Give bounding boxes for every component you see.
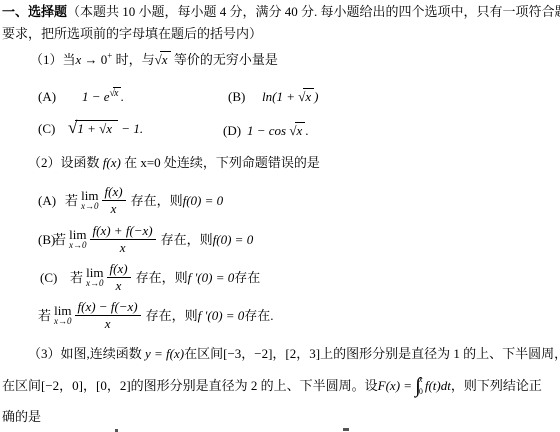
q2-option-b-label: (B) bbox=[38, 231, 53, 248]
q1-option-d-period: . bbox=[305, 123, 308, 138]
q2-option-b-fraction: f(x) + f(−x)x bbox=[90, 223, 156, 255]
q2-option-d-fraction: f(x) − f(−x)x bbox=[75, 299, 141, 331]
q1-stem-post: 等价的无穷小量是 bbox=[171, 52, 278, 67]
q1-option-a: (A)1 − e√x. bbox=[38, 88, 124, 105]
q1-option-a-exp-sqrt: √x bbox=[110, 88, 121, 99]
lim-subscript: x→0 bbox=[81, 202, 99, 211]
q1-option-b: (B)ln(1 + √x) bbox=[228, 88, 318, 105]
q1-option-d-pre: 1 − cos bbox=[247, 123, 289, 138]
fraction-denominator: x bbox=[107, 277, 131, 293]
lim-subscript: x→0 bbox=[69, 241, 87, 250]
fraction-numerator: f(x) bbox=[102, 184, 126, 200]
q2-option-c-conclusion: f ′(0) = 0 bbox=[188, 269, 235, 286]
q3-line1-math: y = f(x) bbox=[145, 346, 184, 361]
q2-option-a-if: 若 bbox=[65, 192, 78, 209]
q2-option-a: (A)若limx→0f(x)x存在，则 f(0) = 0 bbox=[38, 183, 223, 217]
question-3-line1: （3）如图,连续函数 y = f(x)在区间[−3，−2]，[2，3]上的图形分… bbox=[28, 345, 560, 362]
integral-limits: x0 bbox=[419, 374, 423, 397]
lim-word: lim bbox=[81, 190, 99, 202]
q1-option-b-radicand: x bbox=[303, 88, 314, 104]
cutoff-fragment bbox=[343, 428, 349, 431]
q1-option-d-label: (D) bbox=[223, 122, 247, 139]
q1-option-c-outer-sqrt: √1 + √x bbox=[68, 121, 118, 136]
question-2-stem: （2）设函数 f(x) 在 x=0 处连续，下列命题错误的是 bbox=[28, 154, 320, 171]
q2-stem-pre: （2）设函数 bbox=[28, 155, 103, 170]
section-header-line2: 要求，把所选项前的字母填在题后的括号内） bbox=[2, 25, 262, 42]
q2-option-b-mid: 存在，则 bbox=[161, 231, 213, 248]
q2-option-d: 若limx→0f(x) − f(−x)x存在，则 f ′(0) = 0 存在. bbox=[38, 298, 274, 332]
q2-stem-fx: f(x) bbox=[103, 155, 121, 170]
limit-operator: limx→0 bbox=[81, 190, 99, 211]
question-1-stem: （1）当x → 0+ 时，与√x 等价的无穷小量是 bbox=[30, 51, 278, 68]
q1-option-d-radicand: x bbox=[295, 122, 306, 138]
q3-line2-Fx: F(x) = bbox=[378, 377, 412, 394]
q2-option-a-conclusion: f(0) = 0 bbox=[183, 192, 224, 209]
question-3-line2: 在区间[−2，0]，[0，2]的图形分别是直径为 2 的上、下半圆周。设 F(x… bbox=[2, 371, 542, 399]
q1-option-c-inside-pre: 1 + bbox=[77, 121, 99, 136]
q1-option-d-sqrt: √x bbox=[289, 123, 305, 138]
q1-option-a-period: . bbox=[121, 89, 124, 104]
q2-option-c-if: 若 bbox=[70, 269, 83, 286]
q2-option-c-fraction: f(x)x bbox=[107, 261, 131, 293]
question-3-line3: 确的是 bbox=[2, 408, 41, 425]
lim-word: lim bbox=[86, 267, 104, 279]
q1-option-c-post: − 1. bbox=[118, 121, 143, 136]
integral-lower-limit: 0 bbox=[419, 388, 423, 396]
q1-option-b-sqrt: √x bbox=[298, 89, 314, 104]
q2-option-a-mid: 存在，则 bbox=[131, 192, 183, 209]
q2-option-d-tail: 存在. bbox=[244, 307, 273, 324]
q1-stem-sqrt: √x bbox=[155, 52, 171, 67]
section-header-line1: 一、选择题（本题共 10 小题，每小题 4 分，满分 40 分. 每小题给出的四… bbox=[2, 3, 560, 20]
q2-option-b-if: 若 bbox=[53, 231, 66, 248]
q2-stem-post: 在 x=0 处连续，下列命题错误的是 bbox=[121, 155, 320, 170]
q2-option-d-conclusion: f ′(0) = 0 bbox=[198, 307, 245, 324]
q1-option-a-label: (A) bbox=[38, 88, 82, 105]
exam-page: 一、选择题（本题共 10 小题，每小题 4 分，满分 40 分. 每小题给出的四… bbox=[0, 0, 560, 432]
lim-subscript: x→0 bbox=[86, 279, 104, 288]
q1-option-a-exponent: √x bbox=[110, 88, 121, 99]
fraction-numerator: f(x) − f(−x) bbox=[75, 299, 141, 315]
q1-stem-radicand: x bbox=[160, 51, 171, 67]
q2-option-b: (B)若limx→0f(x) + f(−x)x存在，则 f(0) = 0 bbox=[38, 222, 253, 256]
q1-option-a-base: 1 − e bbox=[82, 89, 110, 104]
fraction-denominator: x bbox=[90, 239, 156, 255]
q2-option-c-tail: 存在 bbox=[234, 269, 260, 286]
integral-expression: ∫x0 bbox=[415, 374, 423, 397]
q1-option-c-label: (C) bbox=[38, 120, 68, 137]
fraction-denominator: x bbox=[102, 200, 126, 216]
q1-stem-pre: （1）当 bbox=[30, 52, 76, 67]
limit-operator: limx→0 bbox=[54, 305, 72, 326]
q3-line1-pre: （3）如图,连续函数 bbox=[28, 346, 145, 361]
fraction-numerator: f(x) + f(−x) bbox=[90, 223, 156, 239]
q2-option-c-label: (C) bbox=[40, 269, 70, 286]
fraction-numerator: f(x) bbox=[107, 261, 131, 277]
q1-option-c-inner-radicand: x bbox=[104, 120, 115, 136]
q1-stem-arrow: → 0 bbox=[81, 52, 107, 67]
q1-option-b-post: ) bbox=[314, 89, 318, 104]
integral-upper-limit: x bbox=[419, 376, 423, 384]
q1-stem-mid: 时，与 bbox=[112, 52, 154, 67]
section-header-rest: （本题共 10 小题，每小题 4 分，满分 40 分. 每小题给出的四个选项中，… bbox=[67, 4, 560, 19]
limit-operator: limx→0 bbox=[69, 229, 87, 250]
q3-line2-pre: 在区间[−2，0]，[0，2]的图形分别是直径为 2 的上、下半圆周。设 bbox=[2, 377, 378, 394]
q2-option-d-mid: 存在，则 bbox=[146, 307, 198, 324]
section-title: 一、选择题 bbox=[2, 4, 67, 19]
q2-option-a-fraction: f(x)x bbox=[102, 184, 126, 216]
q2-option-c-mid: 存在，则 bbox=[136, 269, 188, 286]
q1-option-a-exp-radicand: x bbox=[113, 87, 120, 99]
q1-option-b-label: (B) bbox=[228, 88, 262, 105]
q2-option-d-if: 若 bbox=[38, 307, 51, 324]
lim-word: lim bbox=[69, 229, 87, 241]
q1-option-d: (D)1 − cos √x. bbox=[223, 122, 309, 139]
q2-option-c: (C)若limx→0f(x)x存在，则 f ′(0) = 0 存在 bbox=[40, 260, 260, 294]
q1-option-c-inner-sqrt: √x bbox=[99, 121, 115, 136]
limit-operator: limx→0 bbox=[86, 267, 104, 288]
q3-line2-integrand: f(t)dt bbox=[425, 377, 451, 394]
q3-line1-post: 在区间[−3，−2]，[2，3]上的图形分别是直径为 1 的上、下半圆周， bbox=[184, 346, 560, 361]
lim-subscript: x→0 bbox=[54, 317, 72, 326]
lim-word: lim bbox=[54, 305, 72, 317]
q1-option-b-pre: ln(1 + bbox=[262, 89, 298, 104]
q3-line2-post: ，则下列结论正 bbox=[451, 377, 542, 394]
q2-option-b-conclusion: f(0) = 0 bbox=[213, 231, 254, 248]
fraction-denominator: x bbox=[75, 315, 141, 331]
q2-option-a-label: (A) bbox=[38, 192, 65, 209]
q1-option-c: (C)√1 + √x − 1. bbox=[38, 119, 143, 137]
